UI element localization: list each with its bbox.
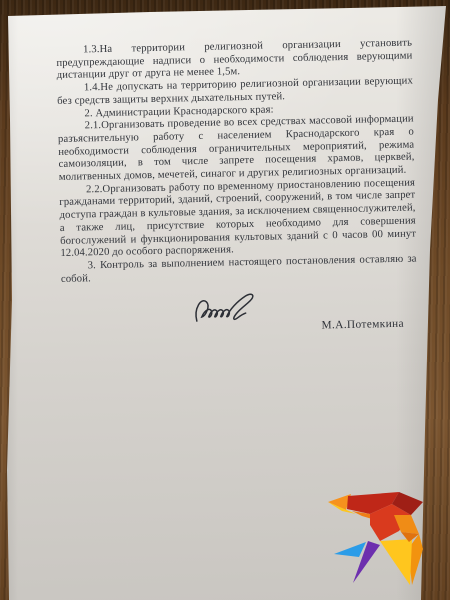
document-text-block: 1.3.На территории религиозной организаци… [56,37,418,338]
handwritten-signature-icon [189,289,282,331]
photo-of-document: 1.3.На территории религиозной организаци… [0,0,450,600]
paragraph-2-2: 2.2.Организовать работу по временному пр… [59,176,417,260]
paragraph-2-1: 2.1.Организовать проведение во всех сред… [58,113,415,184]
bird-logo-watermark-icon [326,489,426,589]
